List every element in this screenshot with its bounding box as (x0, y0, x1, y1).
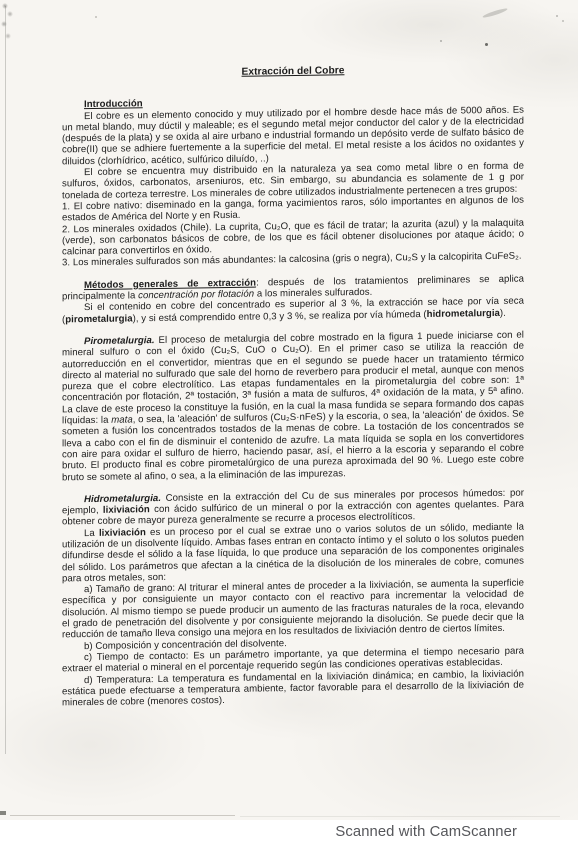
text-run: mata (111, 414, 133, 425)
paragraph: a) Tamaño de grano: Al triturar el miner… (62, 578, 524, 641)
paragraph: d) Temperatura: La temperatura es fundam… (62, 668, 524, 709)
text-run: Extracción del Cobre (242, 65, 345, 78)
paragraph: El cobre es un elemento conocido y muy u… (62, 104, 524, 167)
text-run: pirometalurgia (65, 313, 132, 325)
scan-bottom-edge (10, 815, 235, 816)
scan-speck (562, 20, 564, 22)
scan-bottom-edge (240, 816, 560, 817)
text-run: El cobre es un elemento conocido y muy u… (62, 104, 524, 167)
scan-speck (556, 15, 558, 17)
paragraph: Pirometalurgia. El proceso de metalurgia… (62, 330, 524, 484)
scan-speck (95, 16, 97, 18)
camscanner-footer-text: Scanned with CamScanner (335, 824, 517, 840)
text-run: a) Tamaño de grano: Al triturar el miner… (62, 578, 524, 641)
text-run: lixiviación (99, 527, 146, 539)
text-run: La (84, 528, 99, 539)
paragraph: La lixiviación es un proceso por el cual… (62, 521, 524, 584)
scan-edge-mark (0, 811, 6, 815)
text-run: d) Temperatura: La temperatura es fundam… (62, 668, 524, 708)
text-run: Pirometalurgia. (84, 335, 155, 347)
document-title: Extracción del Cobre (62, 63, 524, 81)
camscanner-footer: Scanned with CamScanner (0, 820, 578, 848)
text-run: Introducción (84, 99, 143, 111)
scanned-page: Extracción del CobreIntroducciónEl cobre… (0, 0, 578, 820)
text-run: hidrometalurgia (427, 308, 500, 320)
text-run: ). (500, 307, 506, 318)
text-run: lixiviación (103, 504, 150, 516)
text-run: Hidrometalurgia. (84, 493, 161, 505)
scan-speck (440, 40, 442, 42)
scan-speck (485, 43, 488, 46)
scan-smudge (482, 7, 508, 19)
document-body: Extracción del CobreIntroducciónEl cobre… (62, 63, 524, 709)
scan-corner-artifact (1, 2, 15, 46)
scan-edge-line (5, 6, 6, 754)
